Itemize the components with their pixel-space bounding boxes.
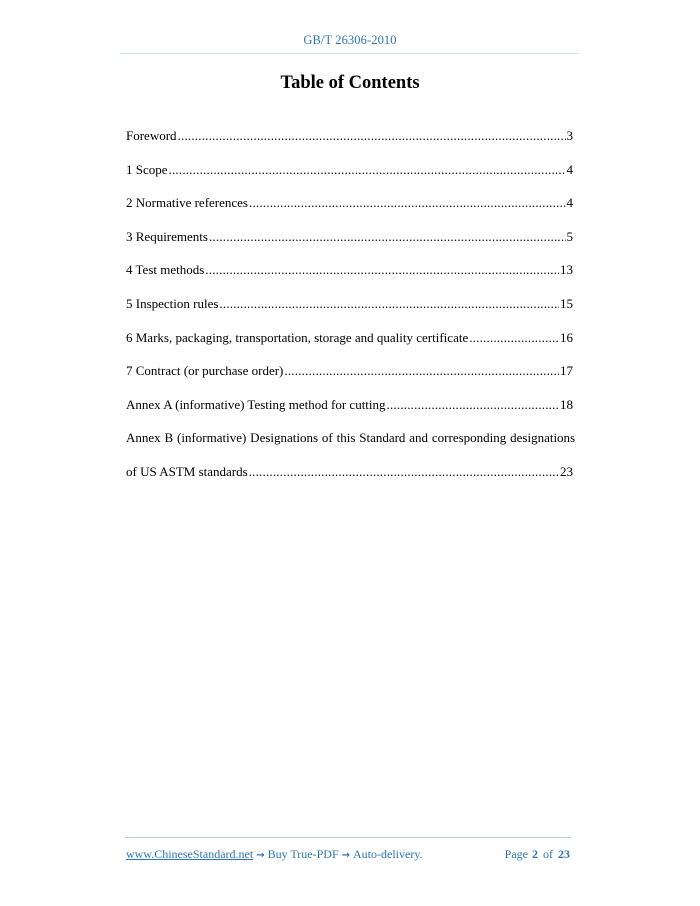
page-label: Page xyxy=(505,847,528,861)
toc-entry-normative-references[interactable]: 2 Normative references 4 xyxy=(126,194,573,228)
toc-entry-label-line1: Annex B (informative) Designations of th… xyxy=(126,429,573,463)
toc-entry-contract[interactable]: 7 Contract (or purchase order) 17 xyxy=(126,362,573,396)
page-footer: www.ChineseStandard.net→Buy True-PDF→Aut… xyxy=(126,847,574,862)
toc-entry-page: 15 xyxy=(560,295,573,313)
toc-entry-page: 13 xyxy=(560,261,573,279)
page-indicator: Page2of23 xyxy=(505,847,574,862)
toc-entry-page: 16 xyxy=(560,329,573,347)
dot-leader xyxy=(469,329,559,347)
toc-entry-label: 1 Scope xyxy=(126,161,168,179)
arrow-right-icon: → xyxy=(256,850,264,861)
toc-entry-annex-a[interactable]: Annex A (informative) Testing method for… xyxy=(126,396,573,430)
toc-entry-label: 3 Requirements xyxy=(126,228,208,246)
dot-leader xyxy=(249,463,559,481)
of-label: of xyxy=(543,847,553,861)
arrow-right-icon: → xyxy=(342,850,350,861)
toc-entry-marks-packaging[interactable]: 6 Marks, packaging, transportation, stor… xyxy=(126,329,573,363)
toc-entry-foreword[interactable]: Foreword 3 xyxy=(126,127,573,161)
page-title: Table of Contents xyxy=(0,73,700,94)
header-divider xyxy=(120,53,579,54)
toc-entry-label: 7 Contract (or purchase order) xyxy=(126,362,283,380)
toc-entry-page: 5 xyxy=(567,228,574,246)
toc-entry-page: 4 xyxy=(567,194,574,212)
toc-entry-label: Annex A (informative) Testing method for… xyxy=(126,396,386,414)
dot-leader xyxy=(219,295,559,313)
toc-entry-label: Foreword xyxy=(126,127,177,145)
dot-leader xyxy=(209,228,566,246)
toc-entry-scope[interactable]: 1 Scope 4 xyxy=(126,161,573,195)
current-page-number: 2 xyxy=(532,847,538,861)
toc-entry-page: 4 xyxy=(567,161,574,179)
toc-entry-label: 5 Inspection rules xyxy=(126,295,218,313)
dot-leader xyxy=(205,261,559,279)
toc-entry-requirements[interactable]: 3 Requirements 5 xyxy=(126,228,573,262)
toc-entry-label: 6 Marks, packaging, transportation, stor… xyxy=(126,329,468,347)
toc-entry-annex-b[interactable]: Annex B (informative) Designations of th… xyxy=(126,429,573,496)
dot-leader xyxy=(249,194,566,212)
footer-step-delivery: Auto-delivery. xyxy=(353,847,423,861)
footer-promo: www.ChineseStandard.net→Buy True-PDF→Aut… xyxy=(126,847,423,862)
toc-entry-label: 4 Test methods xyxy=(126,261,204,279)
toc-entry-label: 2 Normative references xyxy=(126,194,248,212)
toc-entry-test-methods[interactable]: 4 Test methods 13 xyxy=(126,261,573,295)
toc-entry-page: 18 xyxy=(560,396,573,414)
document-code-header: GB/T 26306-2010 xyxy=(0,33,700,48)
toc-entry-page: 17 xyxy=(560,362,573,380)
dot-leader xyxy=(387,396,559,414)
footer-divider xyxy=(125,837,571,838)
table-of-contents: Foreword 3 1 Scope 4 2 Normative referen… xyxy=(126,127,573,497)
dot-leader xyxy=(284,362,559,380)
footer-step-buy: Buy True-PDF xyxy=(268,847,339,861)
toc-entry-page: 23 xyxy=(560,463,573,481)
dot-leader xyxy=(169,161,566,179)
dot-leader xyxy=(178,127,566,145)
toc-entry-line2: of US ASTM standards 23 xyxy=(126,463,573,497)
total-pages-number: 23 xyxy=(558,847,570,861)
chinesestandard-link[interactable]: www.ChineseStandard.net xyxy=(126,847,253,861)
toc-entry-label-line2: of US ASTM standards xyxy=(126,463,248,481)
toc-entry-inspection-rules[interactable]: 5 Inspection rules 15 xyxy=(126,295,573,329)
toc-entry-page: 3 xyxy=(567,127,574,145)
